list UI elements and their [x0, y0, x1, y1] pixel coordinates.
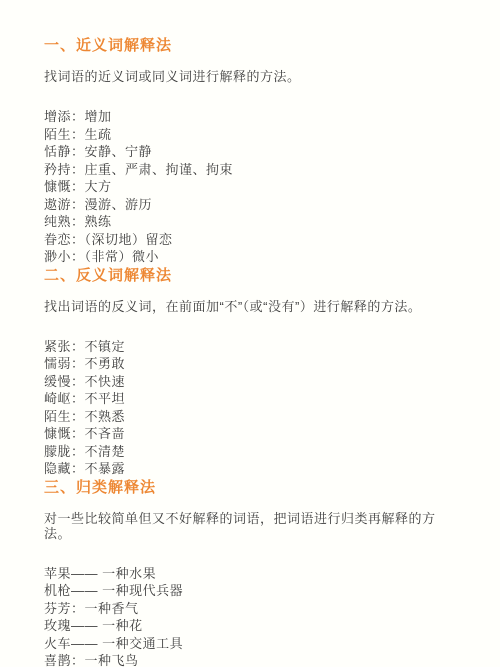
list-item: 朦胧：不清楚: [44, 443, 450, 461]
section-heading-antonym: 二、反义词解释法: [44, 268, 450, 284]
list-item: 眷恋：（深切地）留恋: [44, 231, 450, 249]
section-synonym-method: 一、近义词解释法 找词语的近义词或同义词进行解释的方法。 增添：增加陌生：生疏恬…: [44, 38, 450, 266]
section-intro-antonym: 找出词语的反义词，在前面加“不”（或“没有”）进行解释的方法。: [44, 299, 450, 314]
list-item: 慷慨：不吝啬: [44, 425, 450, 443]
list-item: 火车—— 一种交通工具: [44, 635, 450, 653]
section-intro-synonym: 找词语的近义词或同义词进行解释的方法。: [44, 69, 450, 84]
list-item: 增添：增加: [44, 108, 450, 126]
section-heading-category: 三、归类解释法: [44, 480, 450, 496]
list-item: 懦弱：不勇敢: [44, 355, 450, 373]
section-category-method: 三、归类解释法 对一些比较简单但又不好解释的词语，把词语进行归类再解释的方法。 …: [44, 480, 450, 667]
list-item: 恬静：安静、宁静: [44, 143, 450, 161]
list-item: 纯熟：熟练: [44, 213, 450, 231]
document-page: 一、近义词解释法 找词语的近义词或同义词进行解释的方法。 增添：增加陌生：生疏恬…: [0, 0, 500, 667]
word-list-antonym: 紧张：不镇定懦弱：不勇敢缓慢：不快速崎岖：不平坦陌生：不熟悉慷慨：不吝啬朦胧：不…: [44, 338, 450, 478]
list-item: 隐藏：不暴露: [44, 460, 450, 478]
list-item: 紧张：不镇定: [44, 338, 450, 356]
section-antonym-method: 二、反义词解释法 找出词语的反义词，在前面加“不”（或“没有”）进行解释的方法。…: [44, 268, 450, 478]
list-item: 苹果—— 一种水果: [44, 565, 450, 583]
list-item: 渺小：（非常）微小: [44, 248, 450, 266]
list-item: 缓慢：不快速: [44, 373, 450, 391]
list-item: 玫瑰—— 一种花: [44, 617, 450, 635]
list-item: 喜鹊：一种飞鸟: [44, 652, 450, 667]
list-item: 遨游：漫游、游历: [44, 196, 450, 214]
list-item: 芬芳：一种香气: [44, 600, 450, 618]
word-list-synonym: 增添：增加陌生：生疏恬静：安静、宁静矜持：庄重、严肃、拘谨、拘束慷慨：大方遨游：…: [44, 108, 450, 266]
list-item: 慷慨：大方: [44, 178, 450, 196]
list-item: 崎岖：不平坦: [44, 390, 450, 408]
list-item: 陌生：不熟悉: [44, 408, 450, 426]
list-item: 矜持：庄重、严肃、拘谨、拘束: [44, 161, 450, 179]
list-item: 陌生：生疏: [44, 126, 450, 144]
list-item: 机枪—— 一种现代兵器: [44, 582, 450, 600]
section-intro-category: 对一些比较简单但又不好解释的词语，把词语进行归类再解释的方法。: [44, 511, 450, 541]
section-heading-synonym: 一、近义词解释法: [44, 38, 450, 54]
word-list-category: 苹果—— 一种水果机枪—— 一种现代兵器芬芳：一种香气玫瑰—— 一种花火车—— …: [44, 565, 450, 667]
